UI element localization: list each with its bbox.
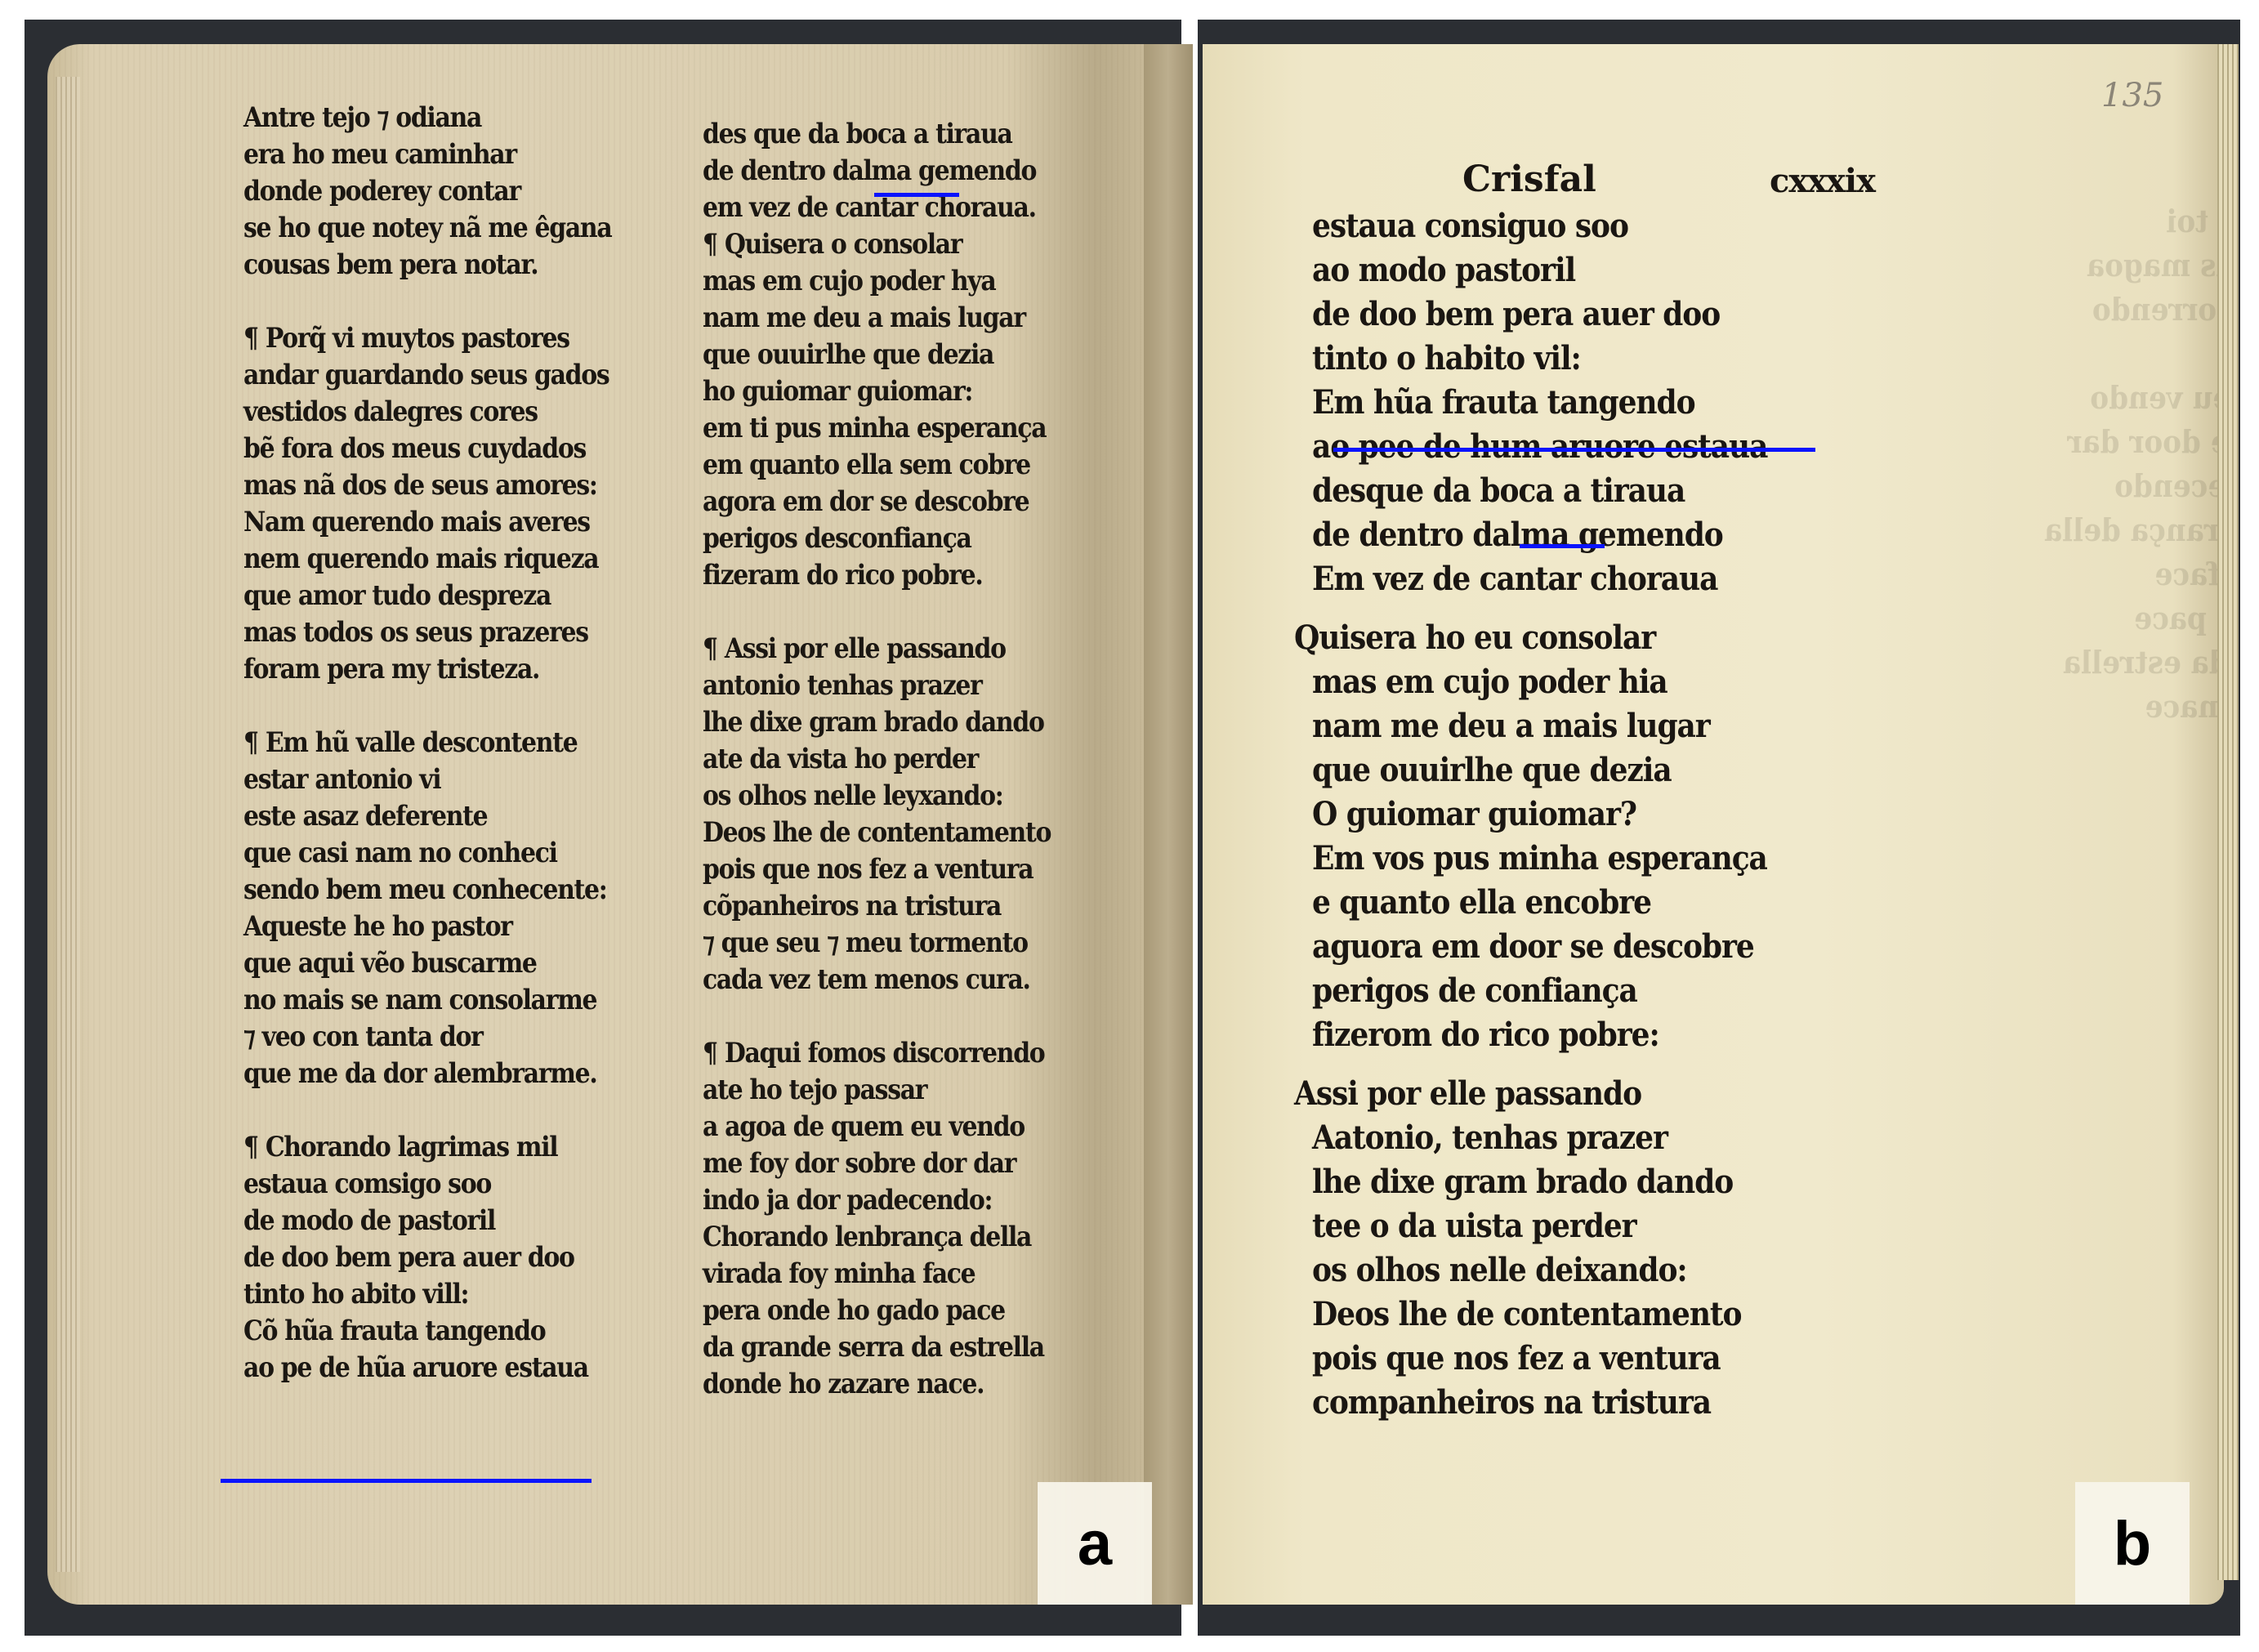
- text-line: fizerom do rico pobre:: [1312, 1013, 1767, 1057]
- text-line: des que da boca a tiraua: [703, 116, 1051, 153]
- text-line: de doo bem pera auer doo: [1312, 292, 1767, 337]
- text-line: donde poderey contar: [243, 173, 611, 210]
- text-line: que amor tudo despreza: [243, 578, 611, 614]
- panel-a-book-page: 37 Antre tejo ⁊ odiana era ho meu caminh…: [47, 44, 1175, 1605]
- text-line: de modo de pastoril: [243, 1203, 611, 1239]
- stanza-gap: [1312, 601, 1818, 616]
- text-line: ao modo pastoril: [1312, 248, 1767, 292]
- text-line: no mais se nam consolarme: [243, 982, 611, 1019]
- text-line: ⁊ que seu ⁊ meu tormento: [703, 925, 1051, 962]
- panel-a-gutter: [1144, 44, 1193, 1605]
- text-line: mas em cujo poder hia: [1312, 660, 1767, 704]
- text-line: andar guardando seus gados: [243, 357, 611, 394]
- underline-dalma-a: [874, 193, 959, 197]
- stanza-gap: [1312, 1057, 1818, 1072]
- panel-b-frame: em que leue meu toi cada vez tem mais ma…: [1198, 20, 2240, 1636]
- text-line: estar antonio vi: [243, 761, 611, 798]
- text-line: que casi nam no conheci: [243, 835, 611, 872]
- text-line: donde ho zazare nace.: [703, 1366, 1051, 1403]
- text-line: me foy dor sobre dor dar: [703, 1145, 1051, 1182]
- text-line: perigos desconfiança: [703, 520, 1051, 557]
- text-line: mas nã dos de seus amores:: [243, 467, 611, 504]
- text-line: que ouuirlhe que dezia: [1312, 748, 1767, 793]
- text-line: pera onde ho gado pace: [703, 1293, 1051, 1329]
- stanza-gap: [243, 1092, 611, 1129]
- text-line: nam me deu a mais lugar: [1312, 704, 1767, 748]
- text-line: Em hũa frauta tangendo: [1312, 381, 1767, 425]
- text-line: a agoa de quem eu vendo: [703, 1109, 1051, 1145]
- text-line: agora em dor se descobre: [703, 484, 1051, 520]
- text-line: Em vez de cantar choraua: [1312, 557, 1767, 601]
- panel-b-text-block: estaua consiguo soo ao modo pastoril de …: [1312, 204, 1818, 1425]
- text-line: ⁊ veo con tanta dor: [243, 1019, 611, 1056]
- panel-b-book-page: em que leue meu toi cada vez tem mais ma…: [1203, 44, 2224, 1605]
- text-line: tee o da uista perder: [1312, 1204, 1767, 1248]
- text-line: companheiros na tristura: [1312, 1381, 1767, 1425]
- text-line: Aqueste he ho pastor: [243, 909, 611, 945]
- text-line: ¶ Daqui fomos discorrendo: [703, 1035, 1051, 1072]
- panel-b-label: b: [2075, 1482, 2190, 1605]
- text-line: bẽ fora dos meus cuydados: [243, 431, 611, 467]
- stanza-gap: [243, 688, 611, 725]
- text-line: Antre tejo ⁊ odiana: [243, 100, 611, 136]
- text-line: mas todos os seus prazeres: [243, 614, 611, 651]
- text-line: este asaz deferente: [243, 798, 611, 835]
- text-line: Assi por elle passando: [1294, 1072, 1766, 1116]
- text-line: ate ho tejo passar: [703, 1072, 1051, 1109]
- folio-number: cxxxix: [1770, 162, 1875, 200]
- stanza-gap: [703, 998, 1051, 1035]
- text-line: era ho meu caminhar: [243, 136, 611, 173]
- text-line: estaua comsigo soo: [243, 1166, 611, 1203]
- running-title: Crisfal: [1462, 159, 1596, 200]
- text-line: da grande serra da estrella: [703, 1329, 1051, 1366]
- text-line: aguora em door se descobre: [1312, 925, 1767, 969]
- panel-a-frame: 37 Antre tejo ⁊ odiana era ho meu caminh…: [25, 20, 1181, 1636]
- panel-a-label: a: [1038, 1482, 1152, 1605]
- text-line: perigos de confiança: [1312, 969, 1767, 1013]
- text-line: pois que nos fez a ventura: [1312, 1337, 1767, 1381]
- text-line: vestidos dalegres cores: [243, 394, 611, 431]
- text-line: que me da dor alembrarme.: [243, 1056, 611, 1092]
- text-line: Quisera ho eu consolar: [1294, 616, 1766, 660]
- text-line: estaua consiguo soo: [1312, 204, 1767, 248]
- text-line: e quanto ella encobre: [1312, 881, 1767, 925]
- text-line: de dentro dalma gemendo: [1312, 513, 1767, 557]
- underline-dalma-b: [1520, 544, 1605, 548]
- text-line: Chorando lenbrança della: [703, 1219, 1051, 1256]
- text-line: antonio tenhas prazer: [703, 667, 1051, 704]
- text-line: que ouuirlhe que dezia: [703, 337, 1051, 373]
- text-line: ao pe de hũa aruore estaua: [243, 1350, 611, 1386]
- text-line: os olhos nelle leyxando:: [703, 778, 1051, 815]
- manuscript-page-number: 135: [2101, 77, 2163, 114]
- text-line: desque da boca a tiraua: [1312, 469, 1767, 513]
- text-line: nam me deu a mais lugar: [703, 300, 1051, 337]
- text-line: Deos lhe de contentamento: [1312, 1293, 1767, 1337]
- text-line: em quanto ella sem cobre: [703, 447, 1051, 484]
- stanza-gap: [243, 284, 611, 320]
- text-line: tinto o habito vil:: [1312, 337, 1767, 381]
- text-line: cousas bem pera notar.: [243, 247, 611, 284]
- underline-last-line-a: [221, 1479, 592, 1483]
- text-line: que aqui vẽo buscarme: [243, 945, 611, 982]
- text-line: tinto ho abito vill:: [243, 1276, 611, 1313]
- text-line: ho guiomar guiomar:: [703, 373, 1051, 410]
- text-line: Cõ hũa frauta tangendo: [243, 1313, 611, 1350]
- text-line: ¶ Assi por elle passando: [703, 631, 1051, 667]
- text-line: indo ja dor padecendo:: [703, 1182, 1051, 1219]
- panel-b-label-text: b: [2114, 1508, 2151, 1579]
- underline-aruore-line-b: [1333, 448, 1815, 452]
- text-line: cõpanheiros na tristura: [703, 888, 1051, 925]
- text-line: Aatonio, tenhas prazer: [1312, 1116, 1767, 1160]
- text-line: Deos lhe de contentamento: [703, 815, 1051, 851]
- panel-a-column-2: des que da boca a tiraua de dentro dalma…: [703, 116, 1098, 1403]
- panel-a-column-1: Antre tejo ⁊ odiana era ho meu caminhar …: [243, 100, 662, 1386]
- text-line: foram pera my tristeza.: [243, 651, 611, 688]
- text-line: ¶ Porq̃ vi muytos pastores: [243, 320, 611, 357]
- text-line: lhe dixe gram brado dando: [1312, 1160, 1767, 1204]
- text-line: ao pee de hum aruore estaua: [1312, 425, 1767, 469]
- text-line: ate da vista ho perder: [703, 741, 1051, 778]
- text-line: fizeram do rico pobre.: [703, 557, 1051, 594]
- text-line: lhe dixe gram brado dando: [703, 704, 1051, 741]
- text-line: mas em cujo poder hya: [703, 263, 1051, 300]
- text-line: ¶ Chorando lagrimas mil: [243, 1129, 611, 1166]
- stanza-gap: [703, 594, 1051, 631]
- text-line: ¶ Em hũ valle descontente: [243, 725, 611, 761]
- text-line: O guiomar guiomar?: [1312, 793, 1767, 837]
- text-line: se ho que notey nã me êgana: [243, 210, 611, 247]
- text-line: de dentro dalma gemendo: [703, 153, 1051, 190]
- text-line: Em vos pus minha esperança: [1312, 837, 1767, 881]
- text-line: sendo bem meu conhecente:: [243, 872, 611, 909]
- text-line: cada vez tem menos cura.: [703, 962, 1051, 998]
- text-line: ¶ Quisera o consolar: [703, 226, 1051, 263]
- text-line: os olhos nelle deixando:: [1312, 1248, 1767, 1293]
- panel-a-label-text: a: [1078, 1508, 1112, 1579]
- bleedthrough-text: em que leue meu toi cada vez tem mais ma…: [2044, 199, 2224, 729]
- text-line: em ti pus minha esperança: [703, 410, 1051, 447]
- text-line: Nam querendo mais averes: [243, 504, 611, 541]
- text-line: pois que nos fez a ventura: [703, 851, 1051, 888]
- text-line: virada foy minha face: [703, 1256, 1051, 1293]
- text-line: nem querendo mais riqueza: [243, 541, 611, 578]
- panel-b-page-edge: [2217, 44, 2239, 1580]
- text-line: de doo bem pera auer doo: [243, 1239, 611, 1276]
